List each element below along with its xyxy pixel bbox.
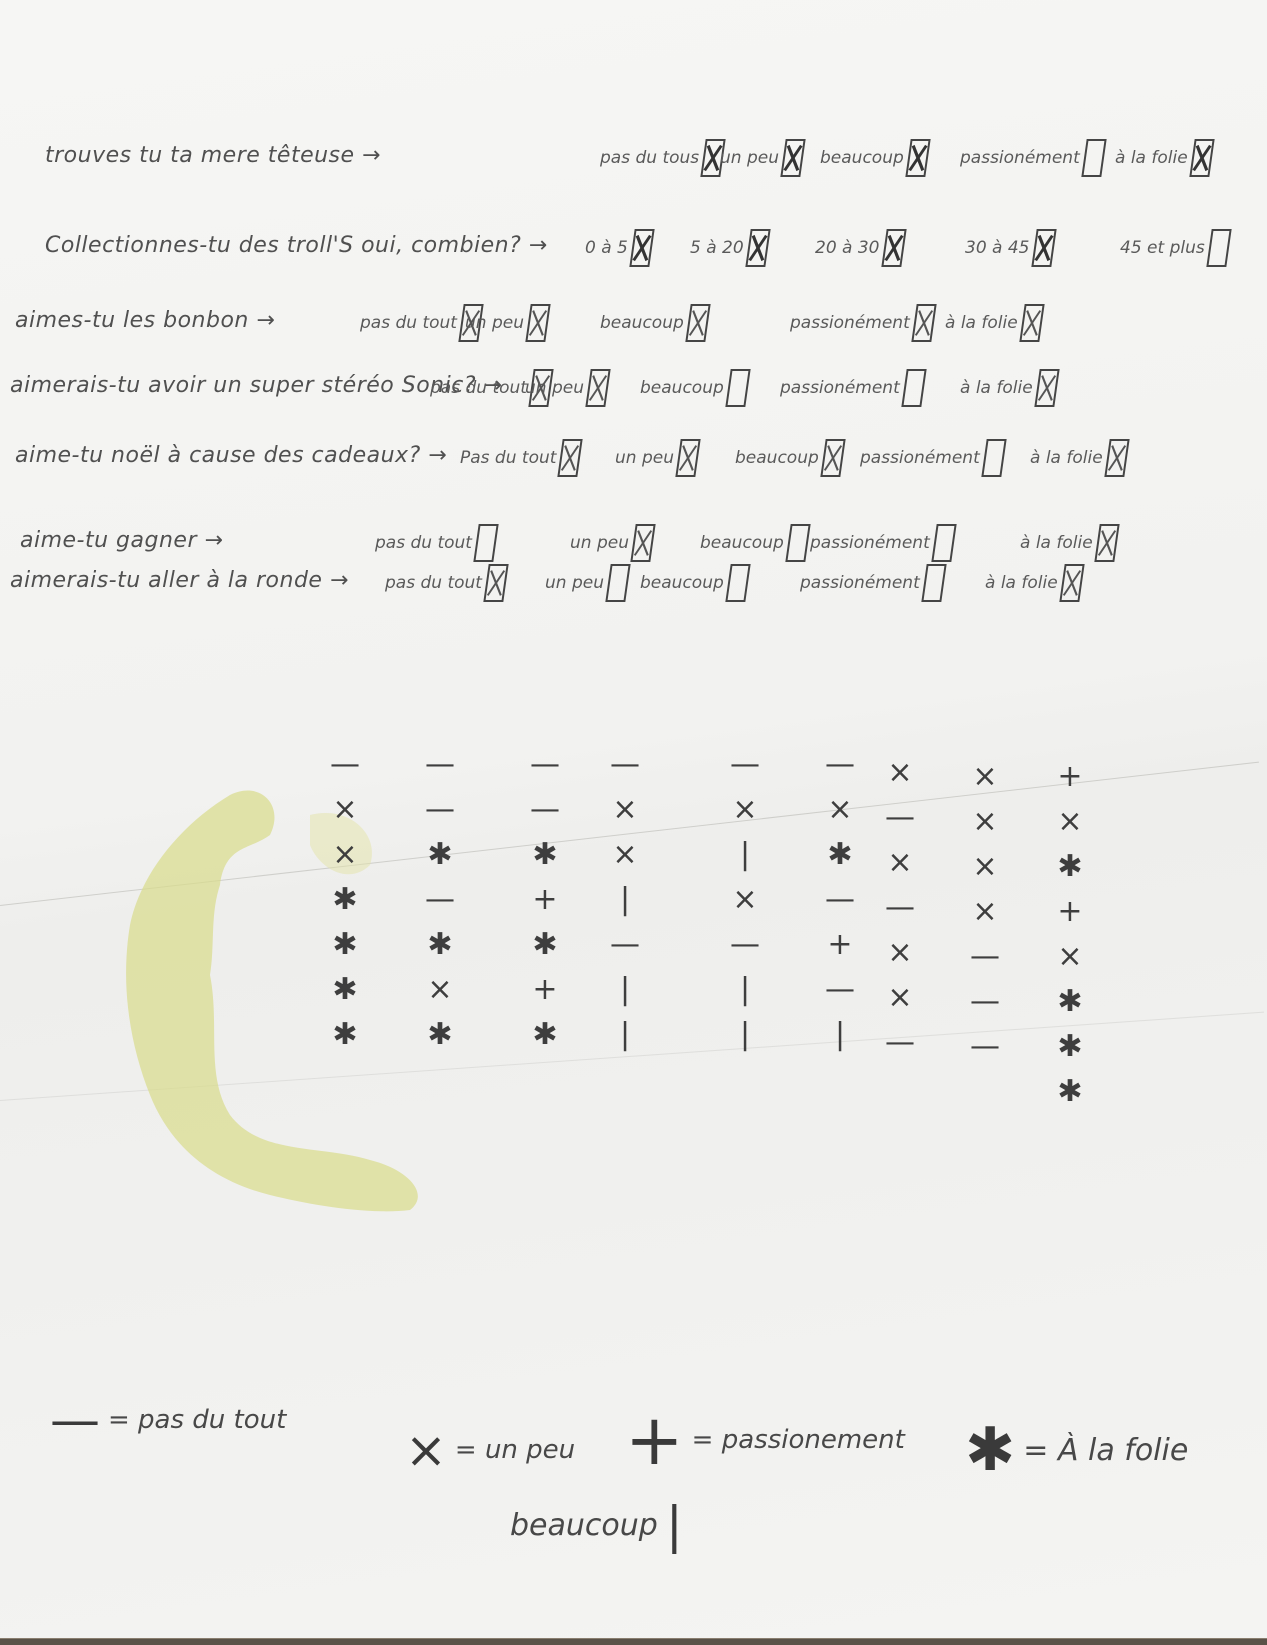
tally-symbol-icon: ×: [820, 790, 860, 830]
tally-symbol-icon: —: [965, 982, 1005, 1022]
option-label: 5 à 20: [690, 238, 744, 258]
tally-symbol-icon: |: [725, 1015, 765, 1055]
answer-option: un peu: [720, 139, 803, 177]
tally-symbol-icon: ×: [880, 843, 920, 883]
option-label: beaucoup: [820, 148, 904, 168]
answer-option: beaucoup: [640, 369, 748, 407]
answer-option: beaucoup: [600, 304, 708, 342]
tally-symbol-icon: —: [525, 790, 565, 830]
tally-symbol-icon: ✱: [1050, 1072, 1090, 1112]
answer-option: 20 à 30: [815, 229, 904, 267]
tally-symbol-icon: ✱: [325, 925, 365, 965]
question-text: aime-tu gagner →: [20, 528, 223, 553]
tally-symbol-icon: +: [1050, 757, 1090, 797]
answer-option: 45 et plus: [1120, 229, 1229, 267]
tally-symbol-icon: ✱: [1050, 847, 1090, 887]
checkbox[interactable]: [780, 139, 805, 177]
tally-symbol-icon: ×: [1050, 802, 1090, 842]
checkbox[interactable]: [1206, 229, 1231, 267]
option-label: à la folie: [1020, 533, 1093, 553]
answer-option: beaucoup: [640, 564, 748, 602]
tally-symbol-icon: ×: [420, 970, 460, 1010]
tally-symbol-icon: ×: [725, 790, 765, 830]
answer-option: un peu: [615, 439, 698, 477]
checkbox[interactable]: [685, 304, 710, 342]
option-label: 0 à 5: [585, 238, 628, 258]
tally-symbol-icon: ✱: [1050, 982, 1090, 1022]
tally-symbol-icon: —: [325, 745, 365, 785]
option-label: à la folie: [1030, 448, 1103, 468]
tally-symbol-icon: —: [965, 937, 1005, 977]
answer-option: pas du tout: [385, 564, 506, 602]
tally-symbol-icon: ✱: [325, 970, 365, 1010]
option-label: Pas du tout: [460, 448, 556, 468]
answer-option: passionément: [780, 369, 924, 407]
answer-option: un peu: [570, 524, 653, 562]
option-label: un peu: [545, 573, 604, 593]
question-row: Collectionnes-tu des troll'S oui, combie…: [0, 225, 1267, 285]
tally-symbol-icon: |: [605, 1015, 645, 1055]
question-row: aimerais-tu avoir un super stéréo Sonic?…: [0, 365, 1267, 425]
legend-label: = À la folie: [1023, 1433, 1188, 1468]
answer-option: Pas du tout: [460, 439, 580, 477]
option-label: pas du tout: [430, 378, 527, 398]
option-label: passionément: [810, 533, 930, 553]
answer-option: à la folie: [1115, 139, 1212, 177]
legend-label: = pas du tout: [108, 1405, 286, 1435]
checkbox[interactable]: [1031, 229, 1056, 267]
option-label: un peu: [615, 448, 674, 468]
question-row: aimes-tu les bonbon →pas du toutun peube…: [0, 300, 1267, 360]
checkbox[interactable]: [725, 369, 750, 407]
tally-symbol-icon: ✱: [525, 925, 565, 965]
checkbox[interactable]: [881, 229, 906, 267]
legend-label: beaucoup: [510, 1508, 658, 1543]
option-label: 30 à 45: [965, 238, 1030, 258]
question-text: aime-tu noël à cause des cadeaux? →: [15, 443, 447, 468]
legend-label: = passionement: [692, 1425, 905, 1455]
checkbox[interactable]: [1019, 304, 1044, 342]
option-label: à la folie: [945, 313, 1018, 333]
question-text: trouves tu ta mere têteuse →: [45, 143, 381, 168]
answer-option: un peu: [465, 304, 548, 342]
checkbox[interactable]: [921, 564, 946, 602]
tally-symbol-icon: +: [525, 970, 565, 1010]
option-label: un peu: [570, 533, 629, 553]
answer-option: passionément: [800, 564, 944, 602]
option-label: passionément: [790, 313, 910, 333]
checkbox[interactable]: [1094, 524, 1119, 562]
checkbox[interactable]: [1189, 139, 1214, 177]
answer-option: à la folie: [985, 564, 1082, 602]
tally-symbol-icon: ×: [605, 835, 645, 875]
tally-symbol-icon: ×: [325, 835, 365, 875]
option-label: passionément: [860, 448, 980, 468]
tally-symbol-icon: |: [820, 1015, 860, 1055]
answer-option: à la folie: [960, 369, 1057, 407]
option-label: beaucoup: [700, 533, 784, 553]
tally-symbol-icon: —: [605, 925, 645, 965]
legend-un-peu: × = un peu: [405, 1425, 575, 1475]
checkbox[interactable]: [931, 524, 956, 562]
question-text: aimes-tu les bonbon →: [15, 308, 275, 333]
tally-symbol-icon: —: [420, 745, 460, 785]
tally-symbol-icon: —: [880, 798, 920, 838]
answer-option: 5 à 20: [690, 229, 768, 267]
question-text: Collectionnes-tu des troll'S oui, combie…: [45, 233, 548, 258]
tally-symbol-icon: —: [525, 745, 565, 785]
tally-symbol-icon: ✱: [820, 835, 860, 875]
tally-symbol-icon: +: [820, 925, 860, 965]
legend-label: = un peu: [455, 1435, 575, 1465]
tally-symbol-icon: ×: [325, 790, 365, 830]
tally-symbol-icon: |: [725, 970, 765, 1010]
tally-symbol-icon: —: [880, 888, 920, 928]
checkbox[interactable]: [1059, 564, 1084, 602]
question-text: aimerais-tu aller à la ronde →: [10, 568, 349, 593]
checkbox[interactable]: [1104, 439, 1129, 477]
question-text: aimerais-tu avoir un super stéréo Sonic?…: [10, 373, 502, 398]
checkbox[interactable]: [911, 304, 936, 342]
option-label: beaucoup: [735, 448, 819, 468]
tally-symbol-icon: —: [820, 970, 860, 1010]
option-label: passionément: [960, 148, 1080, 168]
tally-symbol-icon: ×: [965, 892, 1005, 932]
question-row: aime-tu noël à cause des cadeaux? →Pas d…: [0, 435, 1267, 495]
checkbox[interactable]: [629, 229, 654, 267]
checkbox[interactable]: [630, 524, 655, 562]
checkbox[interactable]: [820, 439, 845, 477]
tally-symbol-icon: ✱: [1050, 1027, 1090, 1067]
option-label: à la folie: [960, 378, 1033, 398]
answer-option: passionément: [860, 439, 1004, 477]
option-label: pas du tout: [385, 573, 482, 593]
tally-symbol-icon: ×: [725, 880, 765, 920]
tally-symbol-icon: ✱: [420, 925, 460, 965]
checkbox[interactable]: [1034, 369, 1059, 407]
checkbox[interactable]: [675, 439, 700, 477]
answer-option: pas du tous: [600, 139, 723, 177]
tally-symbol-icon: ×: [880, 933, 920, 973]
checkbox[interactable]: [525, 304, 550, 342]
tally-symbol-icon: —: [725, 745, 765, 785]
option-label: pas du tout: [375, 533, 472, 553]
tally-symbol-icon: ✱: [420, 1015, 460, 1055]
tally-symbol-icon: ✱: [525, 835, 565, 875]
tally-symbol-icon: ✱: [325, 1015, 365, 1055]
tally-symbol-icon: —: [880, 1023, 920, 1063]
answer-option: passionément: [810, 524, 954, 562]
checkbox[interactable]: [745, 229, 770, 267]
checkbox[interactable]: [605, 564, 630, 602]
option-label: beaucoup: [640, 378, 724, 398]
option-label: un peu: [720, 148, 779, 168]
option-label: 20 à 30: [815, 238, 880, 258]
tally-symbol-icon: ✱: [420, 835, 460, 875]
option-label: passionément: [780, 378, 900, 398]
checkbox[interactable]: [785, 524, 810, 562]
answer-option: beaucoup: [735, 439, 843, 477]
checkbox[interactable]: [1081, 139, 1106, 177]
option-label: un peu: [465, 313, 524, 333]
x-symbol-icon: ×: [405, 1425, 447, 1475]
tally-symbol-icon: —: [605, 745, 645, 785]
option-label: à la folie: [1115, 148, 1188, 168]
answer-option: 0 à 5: [585, 229, 652, 267]
checkbox[interactable]: [558, 439, 583, 477]
tally-symbol-icon: —: [820, 880, 860, 920]
answer-option: 30 à 45: [965, 229, 1054, 267]
tally-symbol-icon: —: [420, 880, 460, 920]
tally-symbol-icon: |: [605, 880, 645, 920]
tally-symbol-icon: —: [725, 925, 765, 965]
option-label: 45 et plus: [1120, 238, 1205, 258]
answer-option: beaucoup: [820, 139, 928, 177]
question-row: aimerais-tu aller à la ronde →pas du tou…: [0, 560, 1267, 620]
answer-option: à la folie: [1020, 524, 1117, 562]
plus-symbol-icon: +: [625, 1405, 684, 1475]
tally-symbol-icon: ×: [965, 802, 1005, 842]
answer-option: à la folie: [945, 304, 1042, 342]
legend-pas-du-tout: — = pas du tout: [50, 1395, 286, 1445]
answer-option: pas du tout: [375, 524, 496, 562]
dash-symbol-icon: —: [50, 1395, 100, 1445]
option-label: pas du tous: [600, 148, 699, 168]
option-label: à la folie: [985, 573, 1058, 593]
tally-symbol-icon: ×: [965, 847, 1005, 887]
tally-symbol-icon: ×: [965, 757, 1005, 797]
answer-option: passionément: [960, 139, 1104, 177]
option-label: beaucoup: [640, 573, 724, 593]
asterisk-symbol-icon: ✱: [965, 1420, 1015, 1480]
tally-symbol-icon: |: [725, 835, 765, 875]
option-label: passionément: [800, 573, 920, 593]
checkbox[interactable]: [473, 524, 498, 562]
tally-symbol-icon: +: [1050, 892, 1090, 932]
option-label: pas du tout: [360, 313, 457, 333]
tally-symbol-icon: ×: [880, 978, 920, 1018]
legend-beaucoup: beaucoup |: [510, 1500, 683, 1550]
option-label: un peu: [525, 378, 584, 398]
legend-a-la-folie: ✱ = À la folie: [965, 1420, 1188, 1480]
tally-symbol-icon: —: [420, 790, 460, 830]
checkbox[interactable]: [901, 369, 926, 407]
tally-symbol-icon: ×: [605, 790, 645, 830]
answer-option: un peu: [525, 369, 608, 407]
tally-symbol-icon: —: [820, 745, 860, 785]
tally-symbol-icon: ×: [880, 753, 920, 793]
tally-symbol-icon: +: [525, 880, 565, 920]
checkbox[interactable]: [483, 564, 508, 602]
question-row: trouves tu ta mere têteuse →pas du tousu…: [0, 135, 1267, 195]
tally-symbol-icon: —: [965, 1027, 1005, 1067]
checkbox[interactable]: [725, 564, 750, 602]
answer-option: beaucoup: [700, 524, 808, 562]
option-label: beaucoup: [600, 313, 684, 333]
checkbox[interactable]: [905, 139, 930, 177]
answer-option: à la folie: [1030, 439, 1127, 477]
answer-option: pas du tout: [360, 304, 481, 342]
checkbox[interactable]: [585, 369, 610, 407]
tally-symbol-icon: ✱: [325, 880, 365, 920]
tally-symbol-icon: |: [605, 970, 645, 1010]
tally-symbol-icon: ✱: [525, 1015, 565, 1055]
answer-option: un peu: [545, 564, 628, 602]
answer-option: passionément: [790, 304, 934, 342]
scan-bottom-edge: [0, 1638, 1267, 1645]
legend-passionement: + = passionement: [625, 1405, 905, 1475]
vertical-bar-symbol-icon: |: [666, 1500, 683, 1550]
checkbox[interactable]: [981, 439, 1006, 477]
tally-symbol-icon: ×: [1050, 937, 1090, 977]
